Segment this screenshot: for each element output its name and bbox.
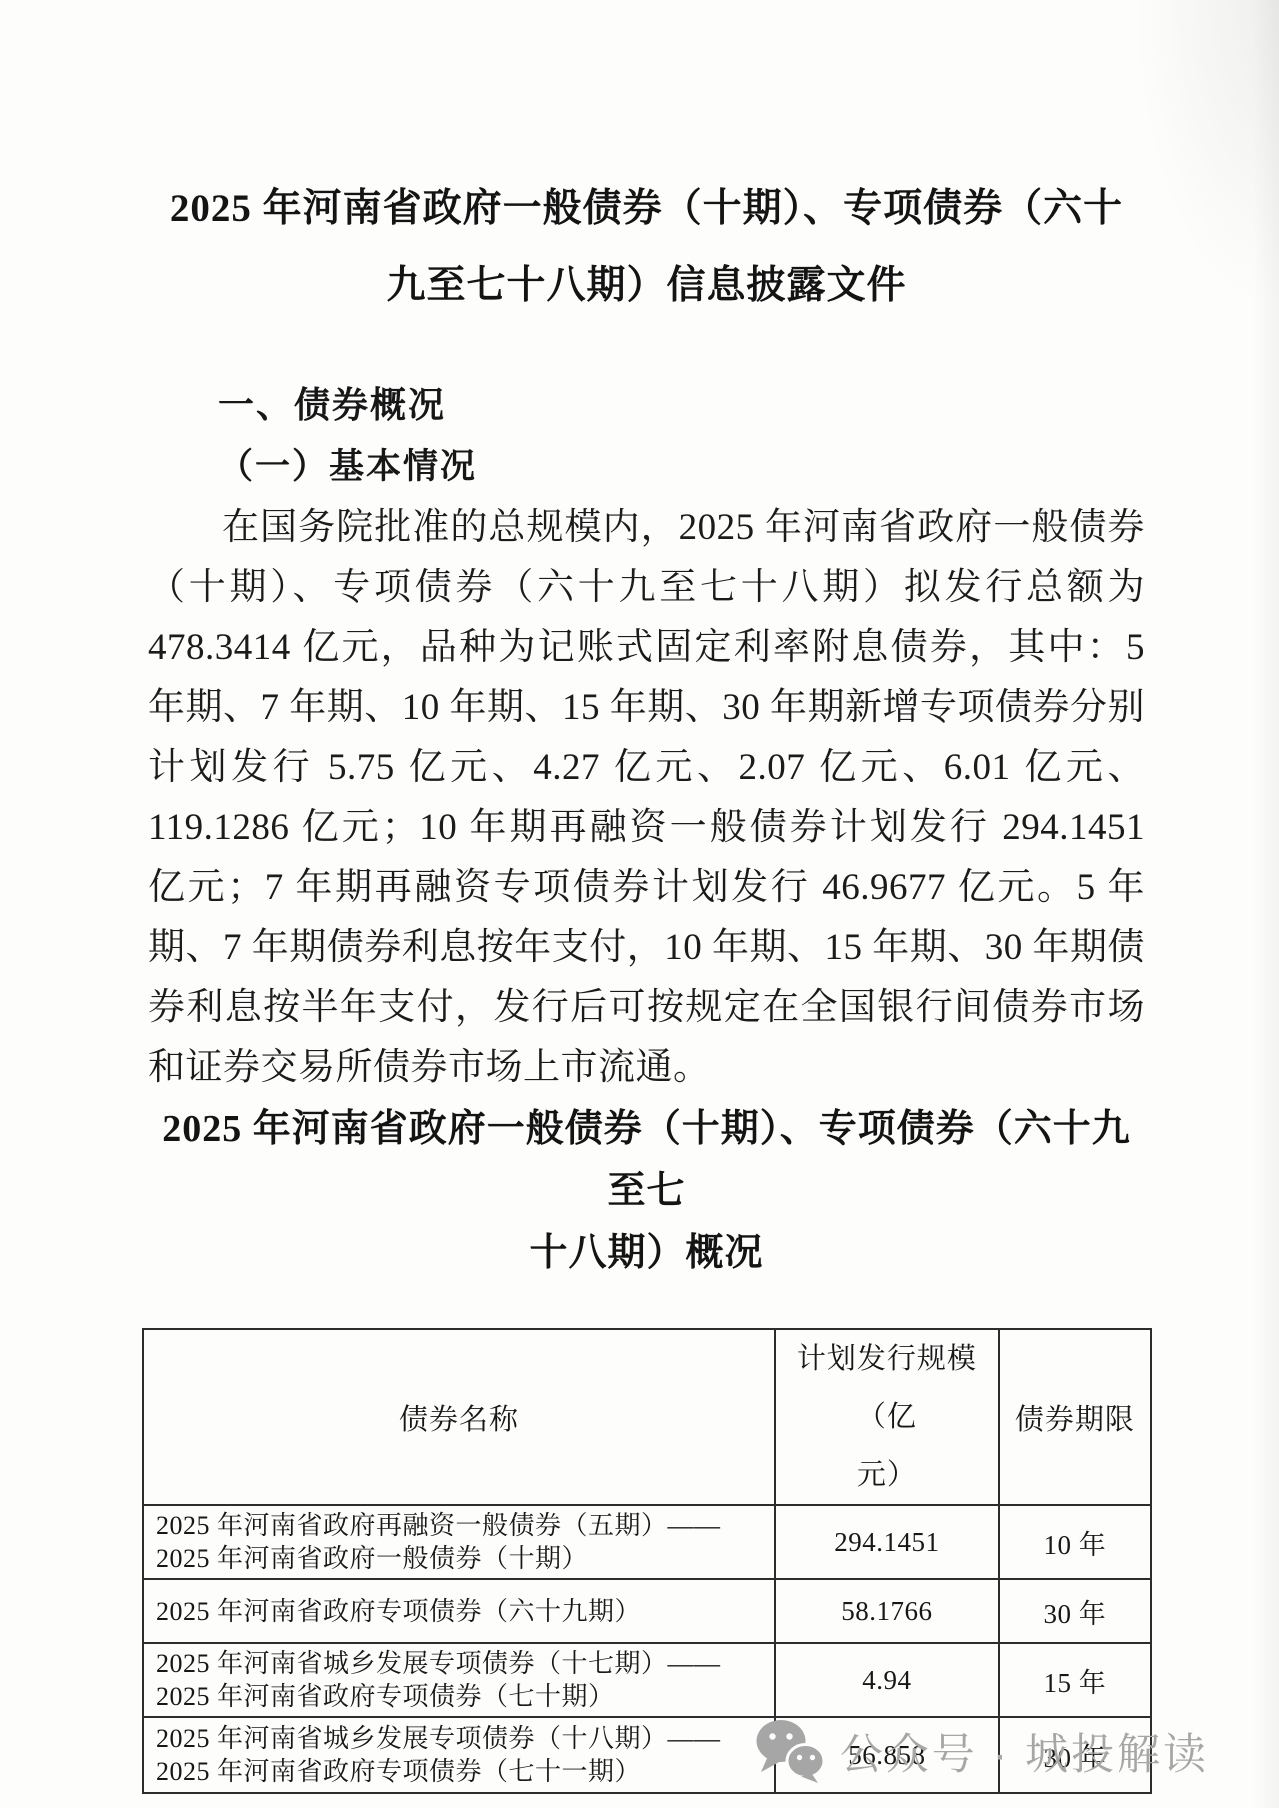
header-planned-scale: 计划发行规模（亿 元） [775,1329,999,1505]
bond-scale-cell: 294.1451 [775,1505,999,1579]
bond-name-cell: 2025 年河南省政府专项债券（六十九期） [143,1579,775,1643]
header-planned-scale-line-1: 计划发行规模（亿 [776,1330,998,1446]
document-title-line-2: 九至七十八期）信息披露文件 [148,247,1145,324]
bond-term-cell: 30 年 [999,1579,1151,1643]
table-row: 2025 年河南省政府专项债券（六十九期） 58.1766 30 年 [143,1579,1151,1643]
bond-scale-cell: 58.1766 [775,1579,999,1643]
document-title: 2025 年河南省政府一般债券（十期）、专项债券（六十 九至七十八期）信息披露文… [148,170,1145,324]
bond-term-cell: 15 年 [999,1643,1151,1717]
bond-term-cell: 10 年 [999,1505,1151,1579]
table-row: 2025 年河南省政府再融资一般债券（五期）——2025 年河南省政府一般债券（… [143,1505,1151,1579]
watermark-label: 公众号 · 城投解读 [840,1721,1209,1782]
bond-table-caption-line-1: 2025 年河南省政府一般债券（十期）、专项债券（六十九至七 [148,1098,1145,1222]
bond-table-caption-line-2: 十八期）概况 [148,1222,1145,1284]
document-content: 2025 年河南省政府一般债券（十期）、专项债券（六十 九至七十八期）信息披露文… [148,0,1145,1794]
bond-name-cell: 2025 年河南省城乡发展专项债券（十七期）——2025 年河南省政府专项债券（… [143,1643,775,1717]
header-bond-name: 债券名称 [143,1329,775,1505]
header-planned-scale-line-2: 元） [776,1446,998,1504]
bond-name-cell: 2025 年河南省城乡发展专项债券（十八期）——2025 年河南省政府专项债券（… [143,1717,775,1793]
wechat-icon [754,1718,826,1784]
bond-name-cell: 2025 年河南省政府再融资一般债券（五期）——2025 年河南省政府一般债券（… [143,1505,775,1579]
document-page: 2025 年河南省政府一般债券（十期）、专项债券（六十 九至七十八期）信息披露文… [0,0,1279,1808]
basic-info-paragraph: 在国务院批准的总规模内，2025 年河南省政府一般债券（十期）、专项债券（六十九… [148,498,1145,1098]
table-row: 2025 年河南省城乡发展专项债券（十七期）——2025 年河南省政府专项债券（… [143,1643,1151,1717]
bond-scale-cell: 4.94 [775,1643,999,1717]
table-header-row: 债券名称 计划发行规模（亿 元） 债券期限 [143,1329,1151,1505]
watermark: 公众号 · 城投解读 [754,1718,1209,1784]
section-heading-bond-overview: 一、债券概况 [218,382,1145,428]
subsection-heading-basic-info: （一）基本情况 [218,444,1145,490]
bond-table-caption: 2025 年河南省政府一般债券（十期）、专项债券（六十九至七 十八期）概况 [148,1098,1145,1284]
header-bond-term: 债券期限 [999,1329,1151,1505]
document-title-line-1: 2025 年河南省政府一般债券（十期）、专项债券（六十 [148,170,1145,247]
